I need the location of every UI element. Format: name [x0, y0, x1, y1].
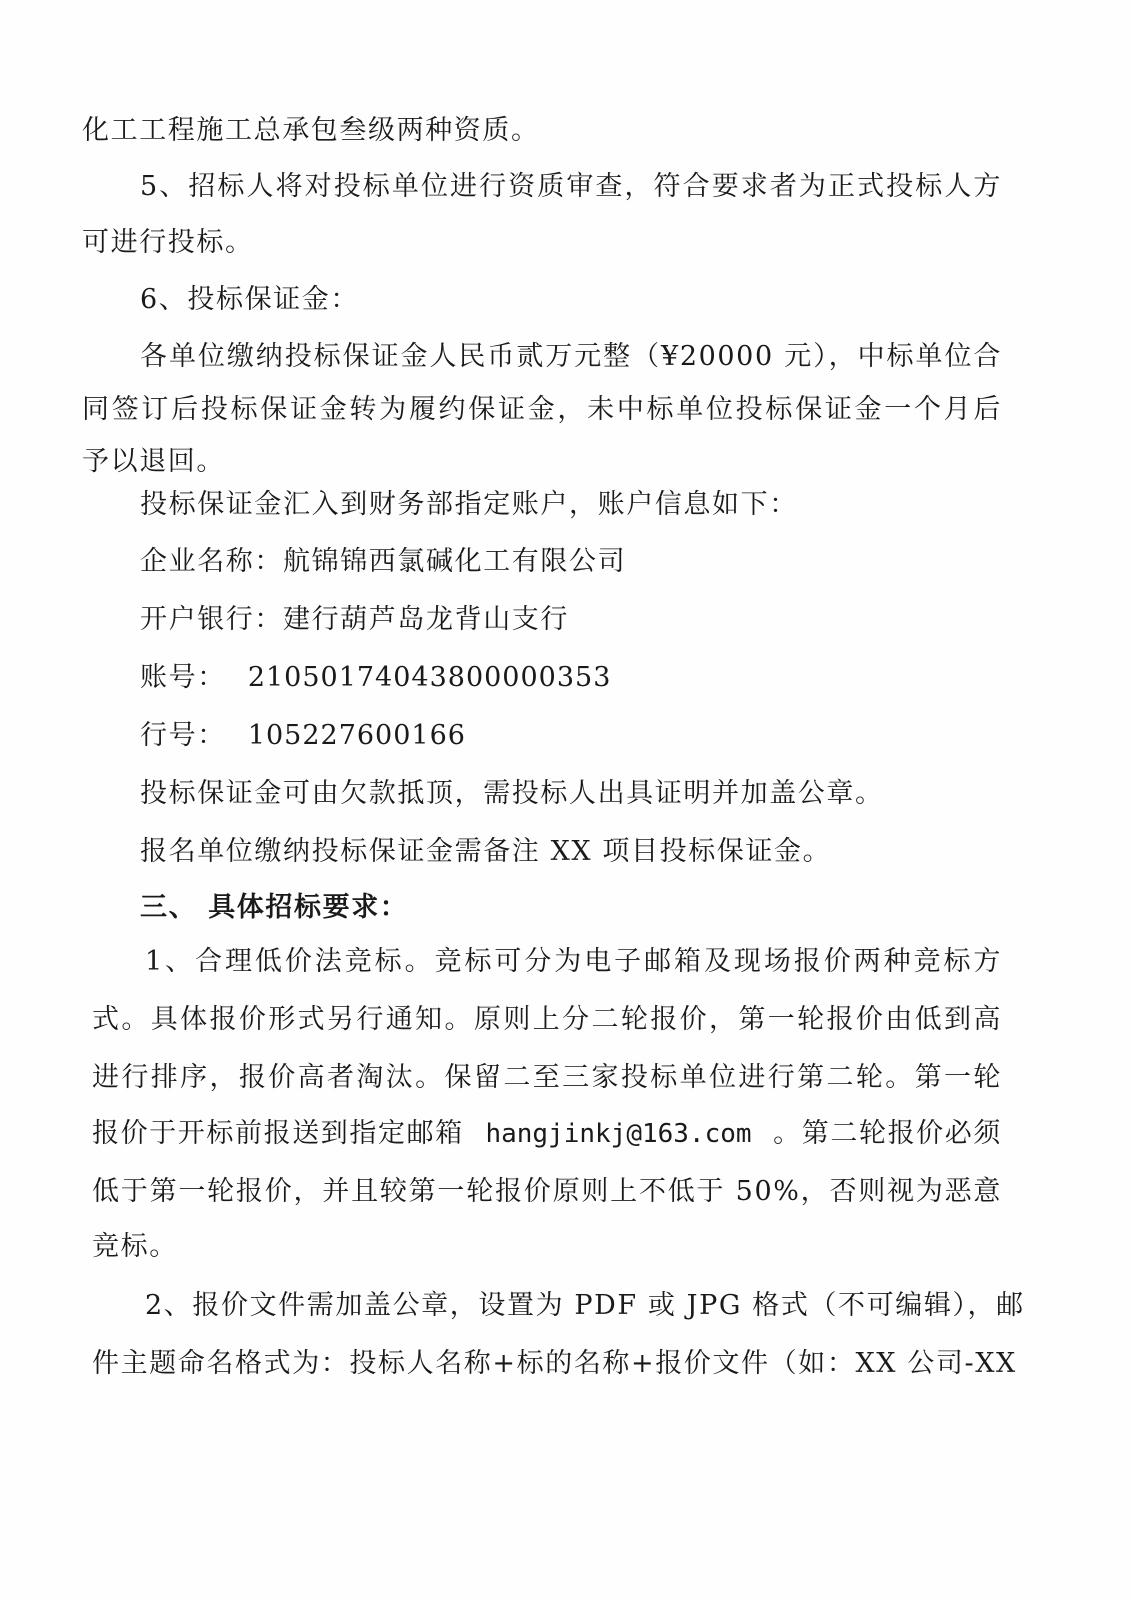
clause-6-heading: 6、投标保证金：	[140, 283, 1002, 317]
email-line: 报价于开标前报送到指定邮箱 hangjinkj@163.com 。第二轮报价必须	[92, 1117, 1002, 1151]
paragraph-line: 报名单位缴纳投标保证金需备注 XX 项目投标保证金。	[140, 835, 1002, 869]
deposit-amount-line: 各单位缴纳投标保证金人民币贰万元整（¥20000 元），中标单位合	[140, 340, 1002, 374]
paragraph-line: 予以退回。	[82, 445, 1002, 479]
clause-5-line: 5、招标人将对投标单位进行资质审查，符合要求者为正式投标人方	[140, 170, 1002, 204]
requirement-2-line: 2、报价文件需加盖公章，设置为 PDF 或 JPG 格式（不可编辑），邮	[145, 1289, 1002, 1323]
paragraph-line: 式。具体报价形式另行通知。原则上分二轮报价，第一轮报价由低到高	[92, 1003, 1002, 1037]
bank-code-label: 行号：	[140, 720, 226, 751]
paragraph-line: 竞标。	[92, 1230, 1002, 1264]
account-number-line: 账号：21050174043800000353	[140, 661, 1002, 695]
email-line-suffix: 。第二轮报价必须	[773, 1117, 1002, 1151]
paragraph-line: 化工工程施工总承包叁级两种资质。	[82, 114, 582, 148]
company-name-line: 企业名称：航锦锦西氯碱化工有限公司	[140, 545, 1002, 579]
paragraph-line: 投标保证金可由欠款抵顶，需投标人出具证明并加盖公章。	[140, 777, 1002, 811]
requirement-1-line: 1、合理低价法竞标。竞标可分为电子邮箱及现场报价两种竞标方	[145, 945, 1002, 979]
email-link[interactable]: hangjinkj@163.com	[485, 1117, 751, 1151]
paragraph-line: 同签订后投标保证金转为履约保证金，未中标单位投标保证金一个月后	[82, 393, 1002, 427]
email-line-prefix: 报价于开标前报送到指定邮箱	[92, 1117, 464, 1151]
section-3-heading: 三、 具体招标要求：	[140, 891, 1002, 925]
paragraph-line: 低于第一轮报价，并且较第一轮报价原则上不低于 50%，否则视为恶意	[92, 1175, 1002, 1209]
bank-code-line: 行号：105227600166	[140, 719, 1002, 753]
bank-name-line: 开户银行：建行葫芦岛龙背山支行	[140, 603, 1002, 637]
paragraph-line: 可进行投标。	[82, 226, 1002, 260]
account-intro-line: 投标保证金汇入到财务部指定账户，账户信息如下：	[140, 488, 1002, 522]
bank-code-value: 105227600166	[248, 720, 466, 751]
paragraph-line: 进行排序，报价高者淘汰。保留二至三家投标单位进行第二轮。第一轮	[92, 1061, 1002, 1095]
account-number-value: 21050174043800000353	[248, 662, 612, 693]
account-number-label: 账号：	[140, 662, 226, 693]
document-page: 化工工程施工总承包叁级两种资质。 5、招标人将对投标单位进行资质审查，符合要求者…	[0, 0, 1131, 1600]
paragraph-line: 件主题命名格式为：投标人名称+标的名称+报价文件（如：XX 公司-XX	[92, 1347, 1002, 1381]
